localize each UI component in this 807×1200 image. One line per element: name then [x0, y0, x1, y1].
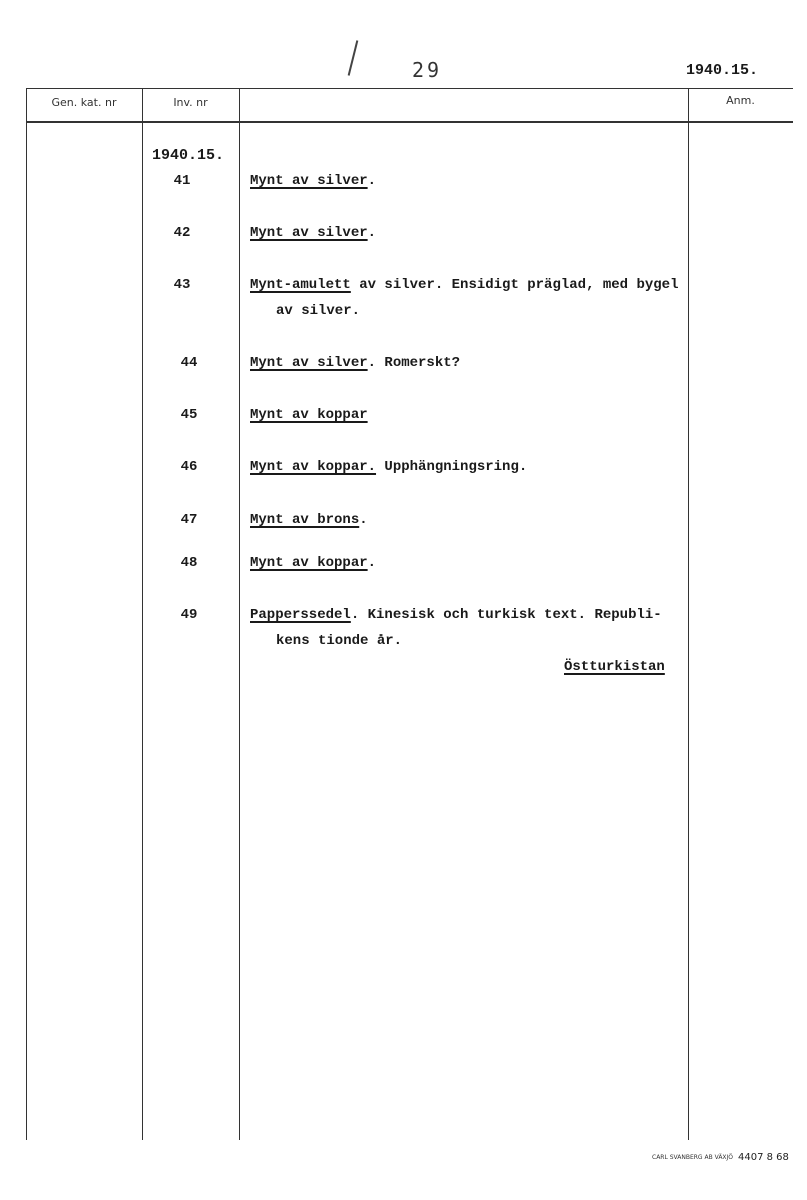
entry-description: Mynt av brons. — [250, 512, 368, 528]
inv-number: 49 — [159, 607, 219, 623]
pen-mark — [348, 40, 359, 75]
header-inv-nr: Inv. nr — [142, 96, 239, 109]
region-note: Östturkistan — [564, 659, 665, 675]
form-code: 4407 8 68 — [738, 1152, 789, 1163]
entry-description: Mynt av silver. — [250, 173, 376, 189]
entry-description: Mynt-amulett av silver. Ensidigt präglad… — [250, 277, 678, 293]
inv-number: 46 — [159, 459, 219, 475]
column-divider-desc-anm — [688, 88, 689, 1140]
column-divider-left — [26, 88, 27, 1140]
column-divider-inv-desc — [239, 88, 240, 1140]
entry-description: Mynt av koppar — [250, 407, 368, 423]
entry-description: Mynt av silver. Romerskt? — [250, 355, 460, 371]
group-heading: 1940.15. — [152, 147, 224, 164]
inv-number: 45 — [159, 407, 219, 423]
header-anm: Anm. — [688, 94, 793, 107]
column-divider-gen-inv — [142, 88, 143, 1140]
entry-description: Mynt av koppar. — [250, 555, 376, 571]
entry-continuation: kens tionde år. — [276, 633, 402, 649]
printer-imprint: CARL SVANBERG AB VÄXJÖ — [652, 1154, 733, 1161]
inv-number: 44 — [159, 355, 219, 371]
entry-continuation: av silver. — [276, 303, 360, 319]
inv-number: 48 — [159, 555, 219, 571]
inv-number: 41 — [152, 173, 212, 189]
inv-number: 43 — [152, 277, 212, 293]
entry-description: Papperssedel. Kinesisk och turkisk text.… — [250, 607, 662, 623]
inv-number: 47 — [159, 512, 219, 528]
top-reference: 1940.15. — [686, 62, 758, 79]
page-number: 29 — [412, 58, 442, 82]
header-gen-kat-nr: Gen. kat. nr — [26, 96, 142, 109]
entry-description: Mynt av koppar. Upphängningsring. — [250, 459, 527, 475]
inv-number: 42 — [152, 225, 212, 241]
entry-description: Mynt av silver. — [250, 225, 376, 241]
